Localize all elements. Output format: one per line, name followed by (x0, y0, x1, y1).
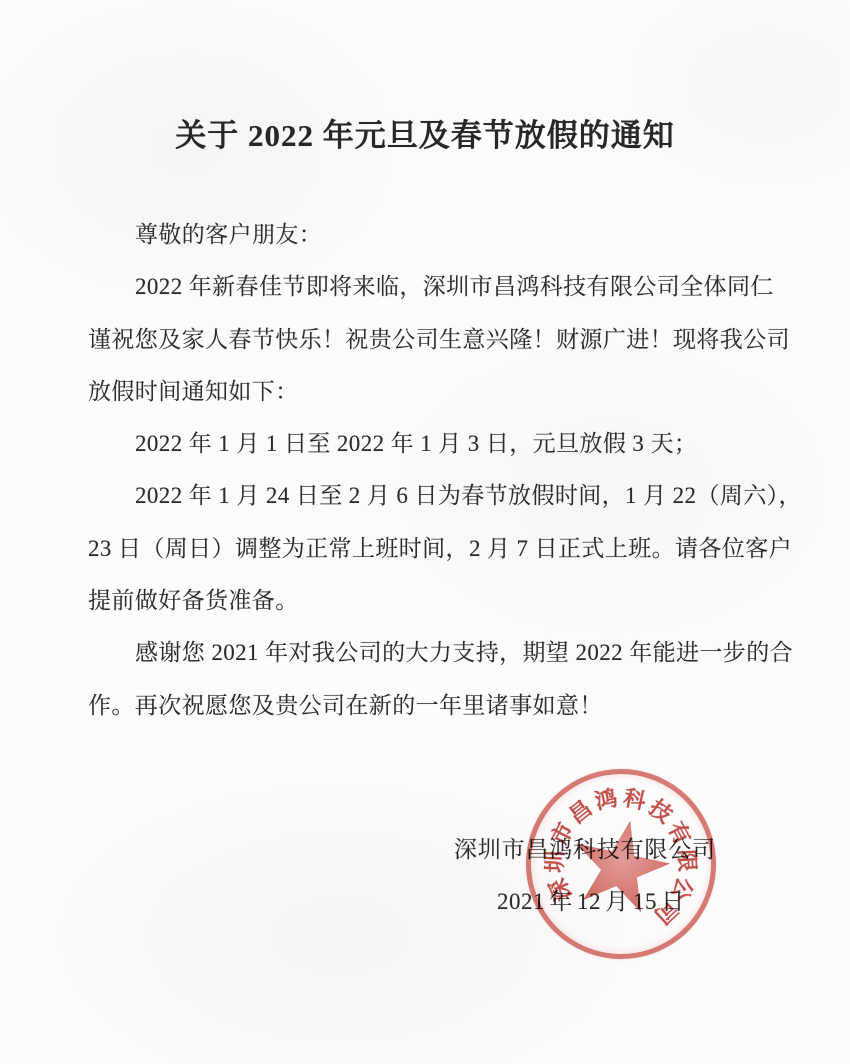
notice-body: 尊敬的客户朋友：2022 年新春佳节即将来临，深圳市昌鸿科技有限公司全体同仁谨祝… (88, 209, 788, 732)
scanned-notice-page: 关于 2022 年元旦及春节放假的通知 尊敬的客户朋友：2022 年新春佳节即将… (0, 0, 850, 1064)
body-line: 2022 年 1 月 24 日至 2 月 6 日为春节放假时间，1 月 22（周… (88, 470, 788, 522)
body-line: 23 日（周日）调整为正常上班时间，2 月 7 日正式上班。请各位客户 (88, 523, 788, 575)
body-line: 作。再次祝愿您及贵公司在新的一年里诸事如意！ (88, 680, 788, 732)
seal-char: 技 (643, 791, 679, 829)
body-line: 2022 年新春佳节即将来临，深圳市昌鸿科技有限公司全体同仁 (88, 261, 788, 313)
body-line: 放假时间通知如下： (88, 366, 788, 418)
seal-char: 鸿 (592, 781, 620, 816)
signature-company: 深圳市昌鸿科技有限公司 (454, 831, 716, 864)
seal-arc-text: 深圳市昌鸿科技有限公司 (548, 751, 734, 791)
seal-char: 昌 (562, 792, 598, 830)
seal-char: 科 (621, 781, 649, 816)
seal-ring-icon (508, 751, 733, 976)
notice-title: 关于 2022 年元旦及春节放假的通知 (0, 110, 850, 155)
body-line: 提前做好备货准备。 (88, 575, 788, 627)
body-line: 2022 年 1 月 1 日至 2022 年 1 月 3 日，元旦放假 3 天； (88, 418, 788, 470)
signature-date: 2021 年 12 月 15 日 (497, 883, 685, 916)
body-line: 感谢您 2021 年对我公司的大力支持，期望 2022 年能进一步的合 (88, 627, 788, 679)
company-seal-stamp: 深圳市昌鸿科技有限公司 (508, 751, 733, 976)
body-line: 尊敬的客户朋友： (88, 209, 788, 261)
body-line: 谨祝您及家人春节快乐！祝贵公司生意兴隆！财源广进！现将我公司 (88, 314, 788, 366)
